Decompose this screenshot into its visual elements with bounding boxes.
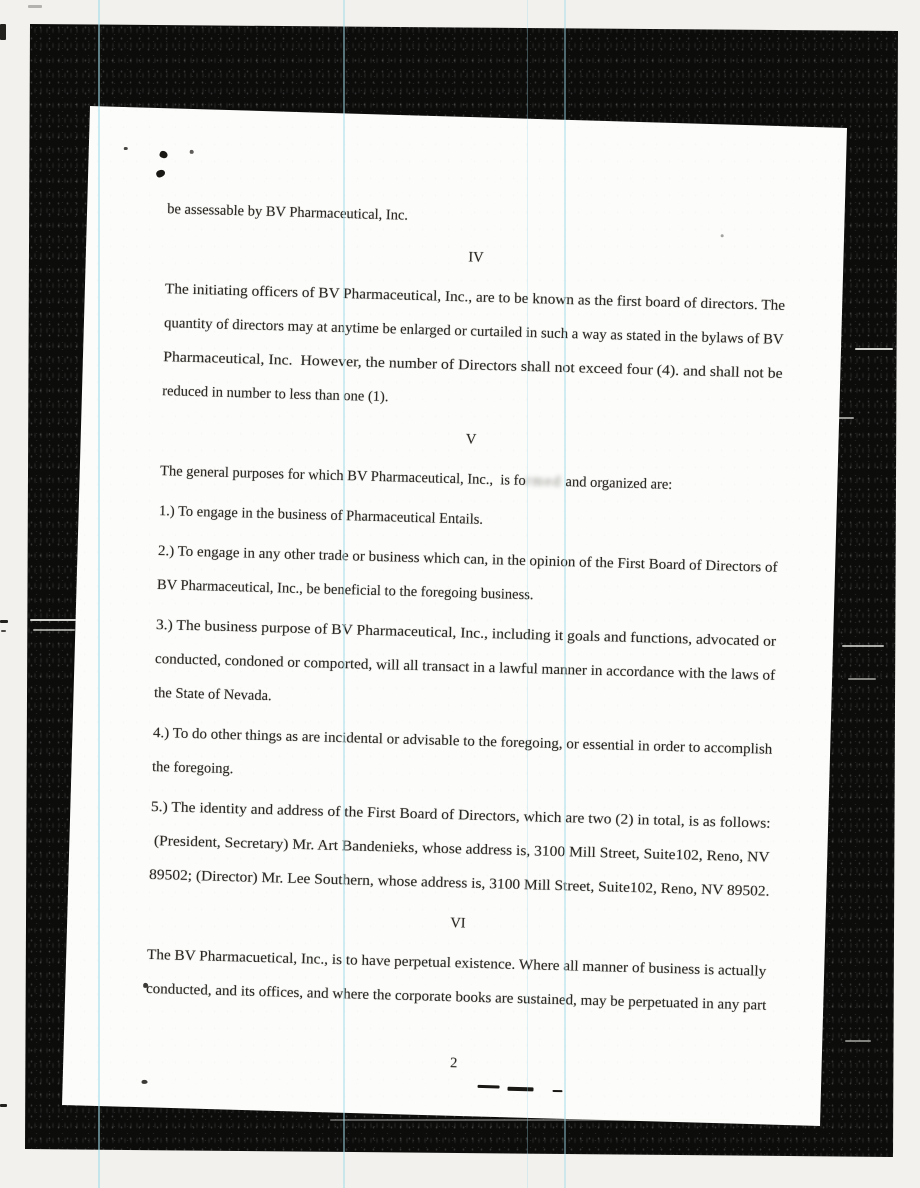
- border-scratch: [33, 629, 75, 631]
- line-segment: 1.) To engage in the business of Pharmac…: [159, 503, 483, 528]
- line-text: V: [465, 422, 476, 456]
- line-segment: 2: [450, 1055, 459, 1071]
- scanned-document: be assessable by BV Pharmaceutical, Inc.…: [0, 0, 920, 1188]
- line-text: reduced in number to less than one (1).: [162, 374, 389, 414]
- line-text: the State of Nevada.: [154, 676, 272, 713]
- ink-speck: [124, 147, 128, 150]
- border-scratch: [330, 1119, 730, 1121]
- stray-dash: [507, 1087, 533, 1092]
- margin-mark: [1, 630, 6, 632]
- ink-speck: [155, 168, 166, 178]
- border-scratch: [842, 645, 884, 647]
- line-segment: IV: [468, 249, 484, 265]
- line-segment: the State of Nevada.: [154, 685, 272, 704]
- line-segment: reduced in number to less than one (1).: [162, 383, 389, 405]
- line-segment: be assessable by BV Pharmaceutical, Inc.: [167, 201, 408, 224]
- border-scratch: [838, 417, 854, 419]
- line-text: The general purposes for which BV Pharma…: [160, 454, 673, 502]
- line-text: IV: [468, 240, 484, 274]
- line-text: be assessable by BV Pharmaceutical, Inc.: [167, 192, 409, 233]
- line-text: 1.) To engage in the business of Pharmac…: [159, 494, 484, 537]
- margin-mark: [0, 620, 8, 623]
- ink-speck: [721, 234, 724, 237]
- ink-speck: [159, 150, 169, 159]
- line-segment: 89502; (Director) Mr. Lee Southern, whos…: [149, 867, 770, 900]
- document-text-block: be assessable by BV Pharmaceutical, Inc.…: [62, 104, 920, 1092]
- line-segment: and organized are:: [562, 474, 673, 493]
- line-text: VI: [450, 906, 466, 940]
- border-scratch: [848, 678, 876, 680]
- margin-mark: [0, 1104, 7, 1107]
- line-segment: the foregoing.: [152, 759, 234, 777]
- line-segment: BV Pharmaceutical, Inc., be beneficial t…: [157, 577, 534, 603]
- border-scratch: [30, 619, 76, 621]
- stray-dash: [478, 1085, 500, 1089]
- border-scratch: [845, 1040, 871, 1042]
- line-segment: V: [466, 431, 477, 447]
- line-segment: The general purposes for which BV Pharma…: [160, 463, 526, 489]
- line-text: the foregoing.: [152, 750, 234, 786]
- smudged-word: rmed: [525, 473, 562, 490]
- line-segment: conducted, and its offices, and where th…: [146, 981, 767, 1014]
- stray-dash: [552, 1090, 562, 1092]
- ink-speck: [190, 150, 194, 154]
- margin-mark: [28, 5, 42, 8]
- ink-speck: [142, 1080, 148, 1084]
- border-scratch: [855, 348, 893, 350]
- margin-mark: [0, 24, 6, 40]
- line-segment: VI: [450, 915, 466, 931]
- line-text: 2: [450, 1046, 459, 1080]
